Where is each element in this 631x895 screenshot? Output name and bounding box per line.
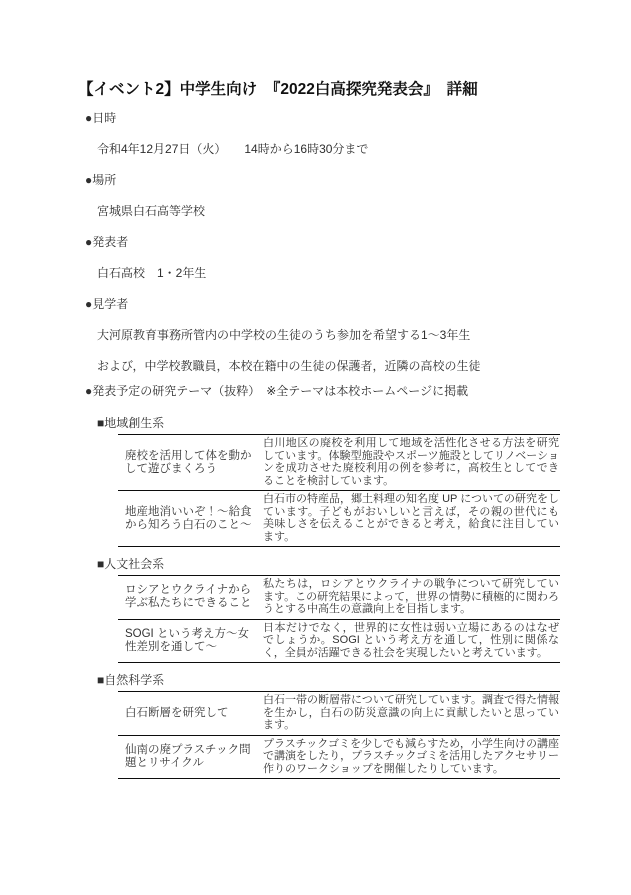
table-row: 白石断層を研究して 白石一帯の断層帯について研究しています。調査で得た情報を生か… bbox=[118, 692, 560, 736]
category-name: 地域創生系 bbox=[104, 416, 164, 430]
theme-description-cell: プラスチックゴミを少しでも減らすため，小学生向けの講座で講演をしたり，プラスチッ… bbox=[263, 735, 560, 779]
document-content: 【イベント2】中学生向け 『2022白高探究発表会』 詳細 ●日時 令和4年12… bbox=[0, 0, 631, 779]
theme-table-regional: 廃校を活用して体を動かして遊びまくろう 白川地区の廃校を利用して地域を活性化させ… bbox=[118, 434, 560, 547]
category-heading-regional: ■地域創生系 bbox=[97, 417, 573, 430]
section-label-text: 見学者 bbox=[92, 297, 128, 311]
theme-title-cell: 仙南の廃プラスチック問題とリサイクル bbox=[118, 735, 263, 779]
place-value: 宮城県白石高等学校 bbox=[97, 205, 573, 218]
theme-description-cell: 白川地区の廃校を利用して地域を活性化させる方法を研究しています。体験型施設やスポ… bbox=[263, 435, 560, 491]
presenters-value: 白石高校 1・2年生 bbox=[97, 267, 573, 280]
section-label-visitors: ●見学者 bbox=[85, 298, 573, 311]
theme-description-cell: 私たちは，ロシアとウクライナの戦争について研究しています。この研究結果によって，… bbox=[263, 576, 560, 620]
table-row: ロシアとウクライナから学ぶ私たちにできること 私たちは，ロシアとウクライナの戦争… bbox=[118, 576, 560, 620]
table-row: 仙南の廃プラスチック問題とリサイクル プラスチックゴミを少しでも減らすため，小学… bbox=[118, 735, 560, 779]
theme-title-cell: SOGI という考え方～女性差別を通して～ bbox=[118, 619, 263, 663]
theme-description-cell: 白石市の特産品，郷土料理の知名度 UP についての研究をしています。子どもがおい… bbox=[263, 491, 560, 547]
section-label-text: 発表者 bbox=[92, 235, 128, 249]
table-row: SOGI という考え方～女性差別を通して～ 日本だけでなく，世界的に女性は弱い立… bbox=[118, 619, 560, 663]
visitors-value-line2: および，中学校教職員，本校在籍中の生徒の保護者，近隣の高校の生徒 bbox=[97, 360, 573, 373]
category-name: 自然科学系 bbox=[104, 673, 164, 687]
theme-description-cell: 日本だけでなく，世界的に女性は弱い立場にあるのはなぜでしょうか。SOGI という… bbox=[263, 619, 560, 663]
table-row: 廃校を活用して体を動かして遊びまくろう 白川地区の廃校を利用して地域を活性化させ… bbox=[118, 435, 560, 491]
page-title: 【イベント2】中学生向け 『2022白高探究発表会』 詳細 bbox=[78, 81, 573, 99]
category-name: 人文社会系 bbox=[104, 557, 164, 571]
section-label-text: 発表予定の研究テーマ（抜粋） ※全テーマは本校ホームページに掲載 bbox=[92, 384, 468, 398]
theme-title-cell: ロシアとウクライナから学ぶ私たちにできること bbox=[118, 576, 263, 620]
document-page: 【イベント2】中学生向け 『2022白高探究発表会』 詳細 ●日時 令和4年12… bbox=[0, 0, 631, 895]
theme-table-science: 白石断層を研究して 白石一帯の断層帯について研究しています。調査で得た情報を生か… bbox=[118, 691, 560, 779]
theme-table-humanities: ロシアとウクライナから学ぶ私たちにできること 私たちは，ロシアとウクライナの戦争… bbox=[118, 575, 560, 663]
theme-title-cell: 廃校を活用して体を動かして遊びまくろう bbox=[118, 435, 263, 491]
section-label-text: 日時 bbox=[92, 111, 116, 125]
section-label-text: 場所 bbox=[92, 173, 116, 187]
section-label-presenters: ●発表者 bbox=[85, 236, 573, 249]
visitors-value-line1: 大河原教育事務所管内の中学校の生徒のうち参加を希望する1～3年生 bbox=[97, 329, 573, 342]
section-label-datetime: ●日時 bbox=[85, 112, 573, 125]
theme-description-cell: 白石一帯の断層帯について研究しています。調査で得た情報を生かし，白石の防災意識の… bbox=[263, 692, 560, 736]
datetime-value: 令和4年12月27日（火） 14時から16時30分まで bbox=[97, 143, 573, 156]
category-heading-science: ■自然科学系 bbox=[97, 674, 573, 687]
section-label-place: ●場所 bbox=[85, 174, 573, 187]
theme-title-cell: 白石断層を研究して bbox=[118, 692, 263, 736]
theme-title-cell: 地産地消いいぞ！～給食から知ろう白石のこと～ bbox=[118, 491, 263, 547]
section-label-themes: ●発表予定の研究テーマ（抜粋） ※全テーマは本校ホームページに掲載 bbox=[85, 385, 573, 398]
category-heading-humanities: ■人文社会系 bbox=[97, 558, 573, 571]
table-row: 地産地消いいぞ！～給食から知ろう白石のこと～ 白石市の特産品，郷土料理の知名度 … bbox=[118, 491, 560, 547]
